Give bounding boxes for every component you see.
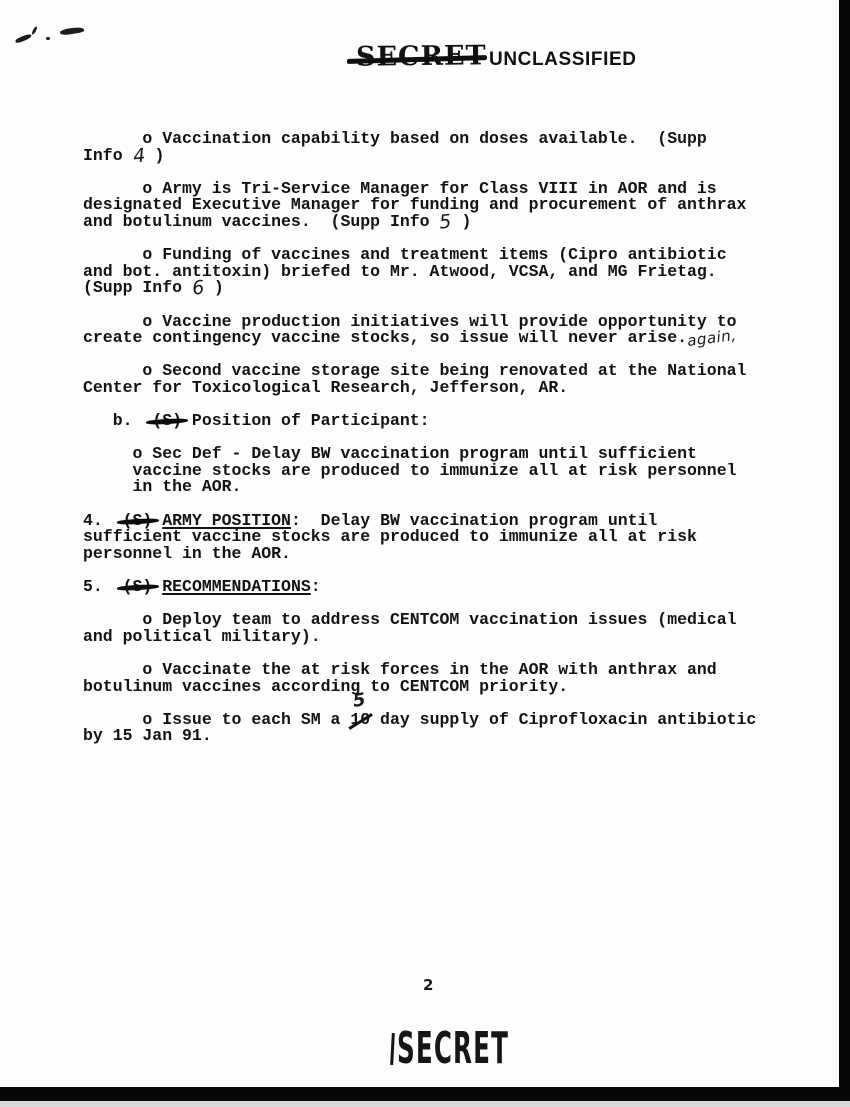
paragraph-sec-def-position: o Sec Def - Delay BW vaccination program… (83, 446, 803, 496)
paragraph-funding-vaccines: o Funding of vaccines and treatment item… (83, 247, 803, 297)
paragraph-recommendations: 5. (S) RECOMMENDATIONS: (83, 579, 803, 596)
paragraph-deploy-team: o Deploy team to address CENTCOM vaccina… (83, 612, 803, 645)
typed-text: : (311, 577, 321, 596)
struck-number-with-correction: 510 (350, 712, 370, 729)
typed-text: ) (452, 212, 472, 231)
handwritten-correction: 5 (353, 697, 366, 705)
paragraph-army-tri-service: o Army is Tri-Service Manager for Class … (83, 181, 803, 231)
typed-text: o Sec Def - Delay BW vaccination program… (83, 444, 737, 496)
ink-smudge (46, 37, 50, 40)
handwritten-annotation: again, (687, 332, 737, 344)
paragraph-second-storage-site: o Second vaccine storage site being reno… (83, 363, 803, 396)
unclassified-marking: UNCLASSIFIED (489, 49, 637, 71)
typed-text: o Vaccinate the at risk forces in the AO… (83, 660, 717, 696)
typed-text: o Deploy team to address CENTCOM vaccina… (83, 610, 737, 646)
scan-border-right (839, 0, 850, 1094)
paragraph-army-position: 4. (S) ARMY POSITION: Delay BW vaccinati… (83, 513, 803, 563)
paragraph-vaccination-capability: o Vaccination capability based on doses … (83, 131, 803, 164)
classification-marking-struck: (S) (123, 579, 153, 596)
scan-border-bottom (0, 1087, 850, 1101)
page-number: 2 (423, 976, 433, 994)
typed-text: o Funding of vaccines and treatment item… (83, 245, 727, 297)
typed-text: ) (204, 278, 224, 297)
typed-text: o Vaccination capability based on doses … (83, 129, 707, 165)
underlined-heading: RECOMMENDATIONS (162, 577, 311, 596)
typed-text: o Army is Tri-Service Manager for Class … (83, 179, 746, 231)
paragraph-vaccinate-forces: o Vaccinate the at risk forces in the AO… (83, 662, 803, 695)
stamp-edge-mark (390, 1033, 395, 1065)
typed-text: ) (145, 146, 165, 165)
typed-text: Position of Participant: (182, 411, 430, 430)
handwritten-number: 5 (439, 218, 452, 225)
ink-smudge (15, 33, 33, 43)
struck-typed-number: 10 (350, 710, 370, 729)
typed-text: o Vaccine production initiatives will pr… (83, 312, 737, 348)
handwritten-number: 4 (132, 152, 145, 159)
stamp-text: SECRET (397, 1031, 509, 1067)
typed-text: o Second vaccine storage site being reno… (83, 361, 746, 397)
paragraph-issue-cipro: o Issue to each SM a 510 day supply of C… (83, 712, 803, 745)
paragraph-position-of-participant: b. (S) Position of Participant: (83, 413, 803, 430)
classification-marking-struck: (S) (123, 513, 153, 530)
typed-text: b. (83, 411, 152, 430)
classification-marking-struck: (S) (152, 413, 182, 430)
document-body: o Vaccination capability based on doses … (83, 131, 803, 762)
ink-smudge (31, 26, 38, 35)
secret-stamp: SECRET (391, 1031, 597, 1071)
scan-border-bottom-strip (0, 1101, 850, 1107)
ink-smudge (60, 26, 85, 36)
paragraph-vaccine-production: o Vaccine production initiatives will pr… (83, 314, 803, 347)
handwritten-number: 6 (192, 285, 205, 292)
